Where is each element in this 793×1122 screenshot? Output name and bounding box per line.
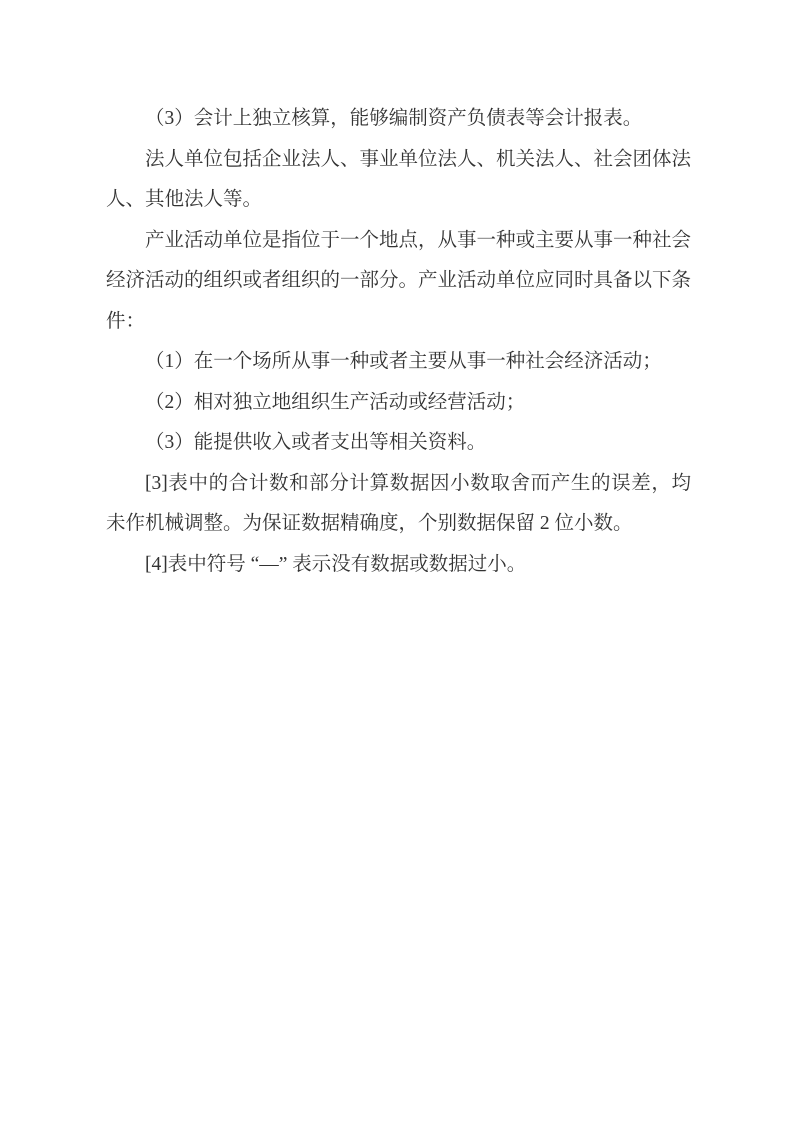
- text-line: 经济活动的组织或者组织的一部分。产业活动单位应同时具备以下条: [106, 261, 691, 302]
- text-line: 未作机械调整。为保证数据精确度，个别数据保留 2 位小数。: [106, 504, 691, 545]
- text-line: 产业活动单位是指位于一个地点，从事一种或主要从事一种社会: [106, 221, 691, 262]
- text-line: [3]表中的合计数和部分计算数据因小数取舍而产生的误差，均: [106, 464, 691, 505]
- text-line: （3）能提供收入或者支出等相关资料。: [106, 423, 691, 464]
- text-block: （3）会计上独立核算，能够编制资产负债表等会计报表。法人单位包括企业法人、事业单…: [106, 99, 691, 585]
- text-line: 件：: [106, 302, 691, 343]
- text-line: 法人单位包括企业法人、事业单位法人、机关法人、社会团体法: [106, 140, 691, 181]
- text-line: （3）会计上独立核算，能够编制资产负债表等会计报表。: [106, 99, 691, 140]
- text-line: 人、其他法人等。: [106, 180, 691, 221]
- text-line: （1）在一个场所从事一种或者主要从事一种社会经济活动；: [106, 342, 691, 383]
- text-line: （2）相对独立地组织生产活动或经营活动；: [106, 383, 691, 424]
- text-line: [4]表中符号 “—” 表示没有数据或数据过小。: [106, 545, 691, 586]
- document-page: （3）会计上独立核算，能够编制资产负债表等会计报表。法人单位包括企业法人、事业单…: [0, 0, 793, 1122]
